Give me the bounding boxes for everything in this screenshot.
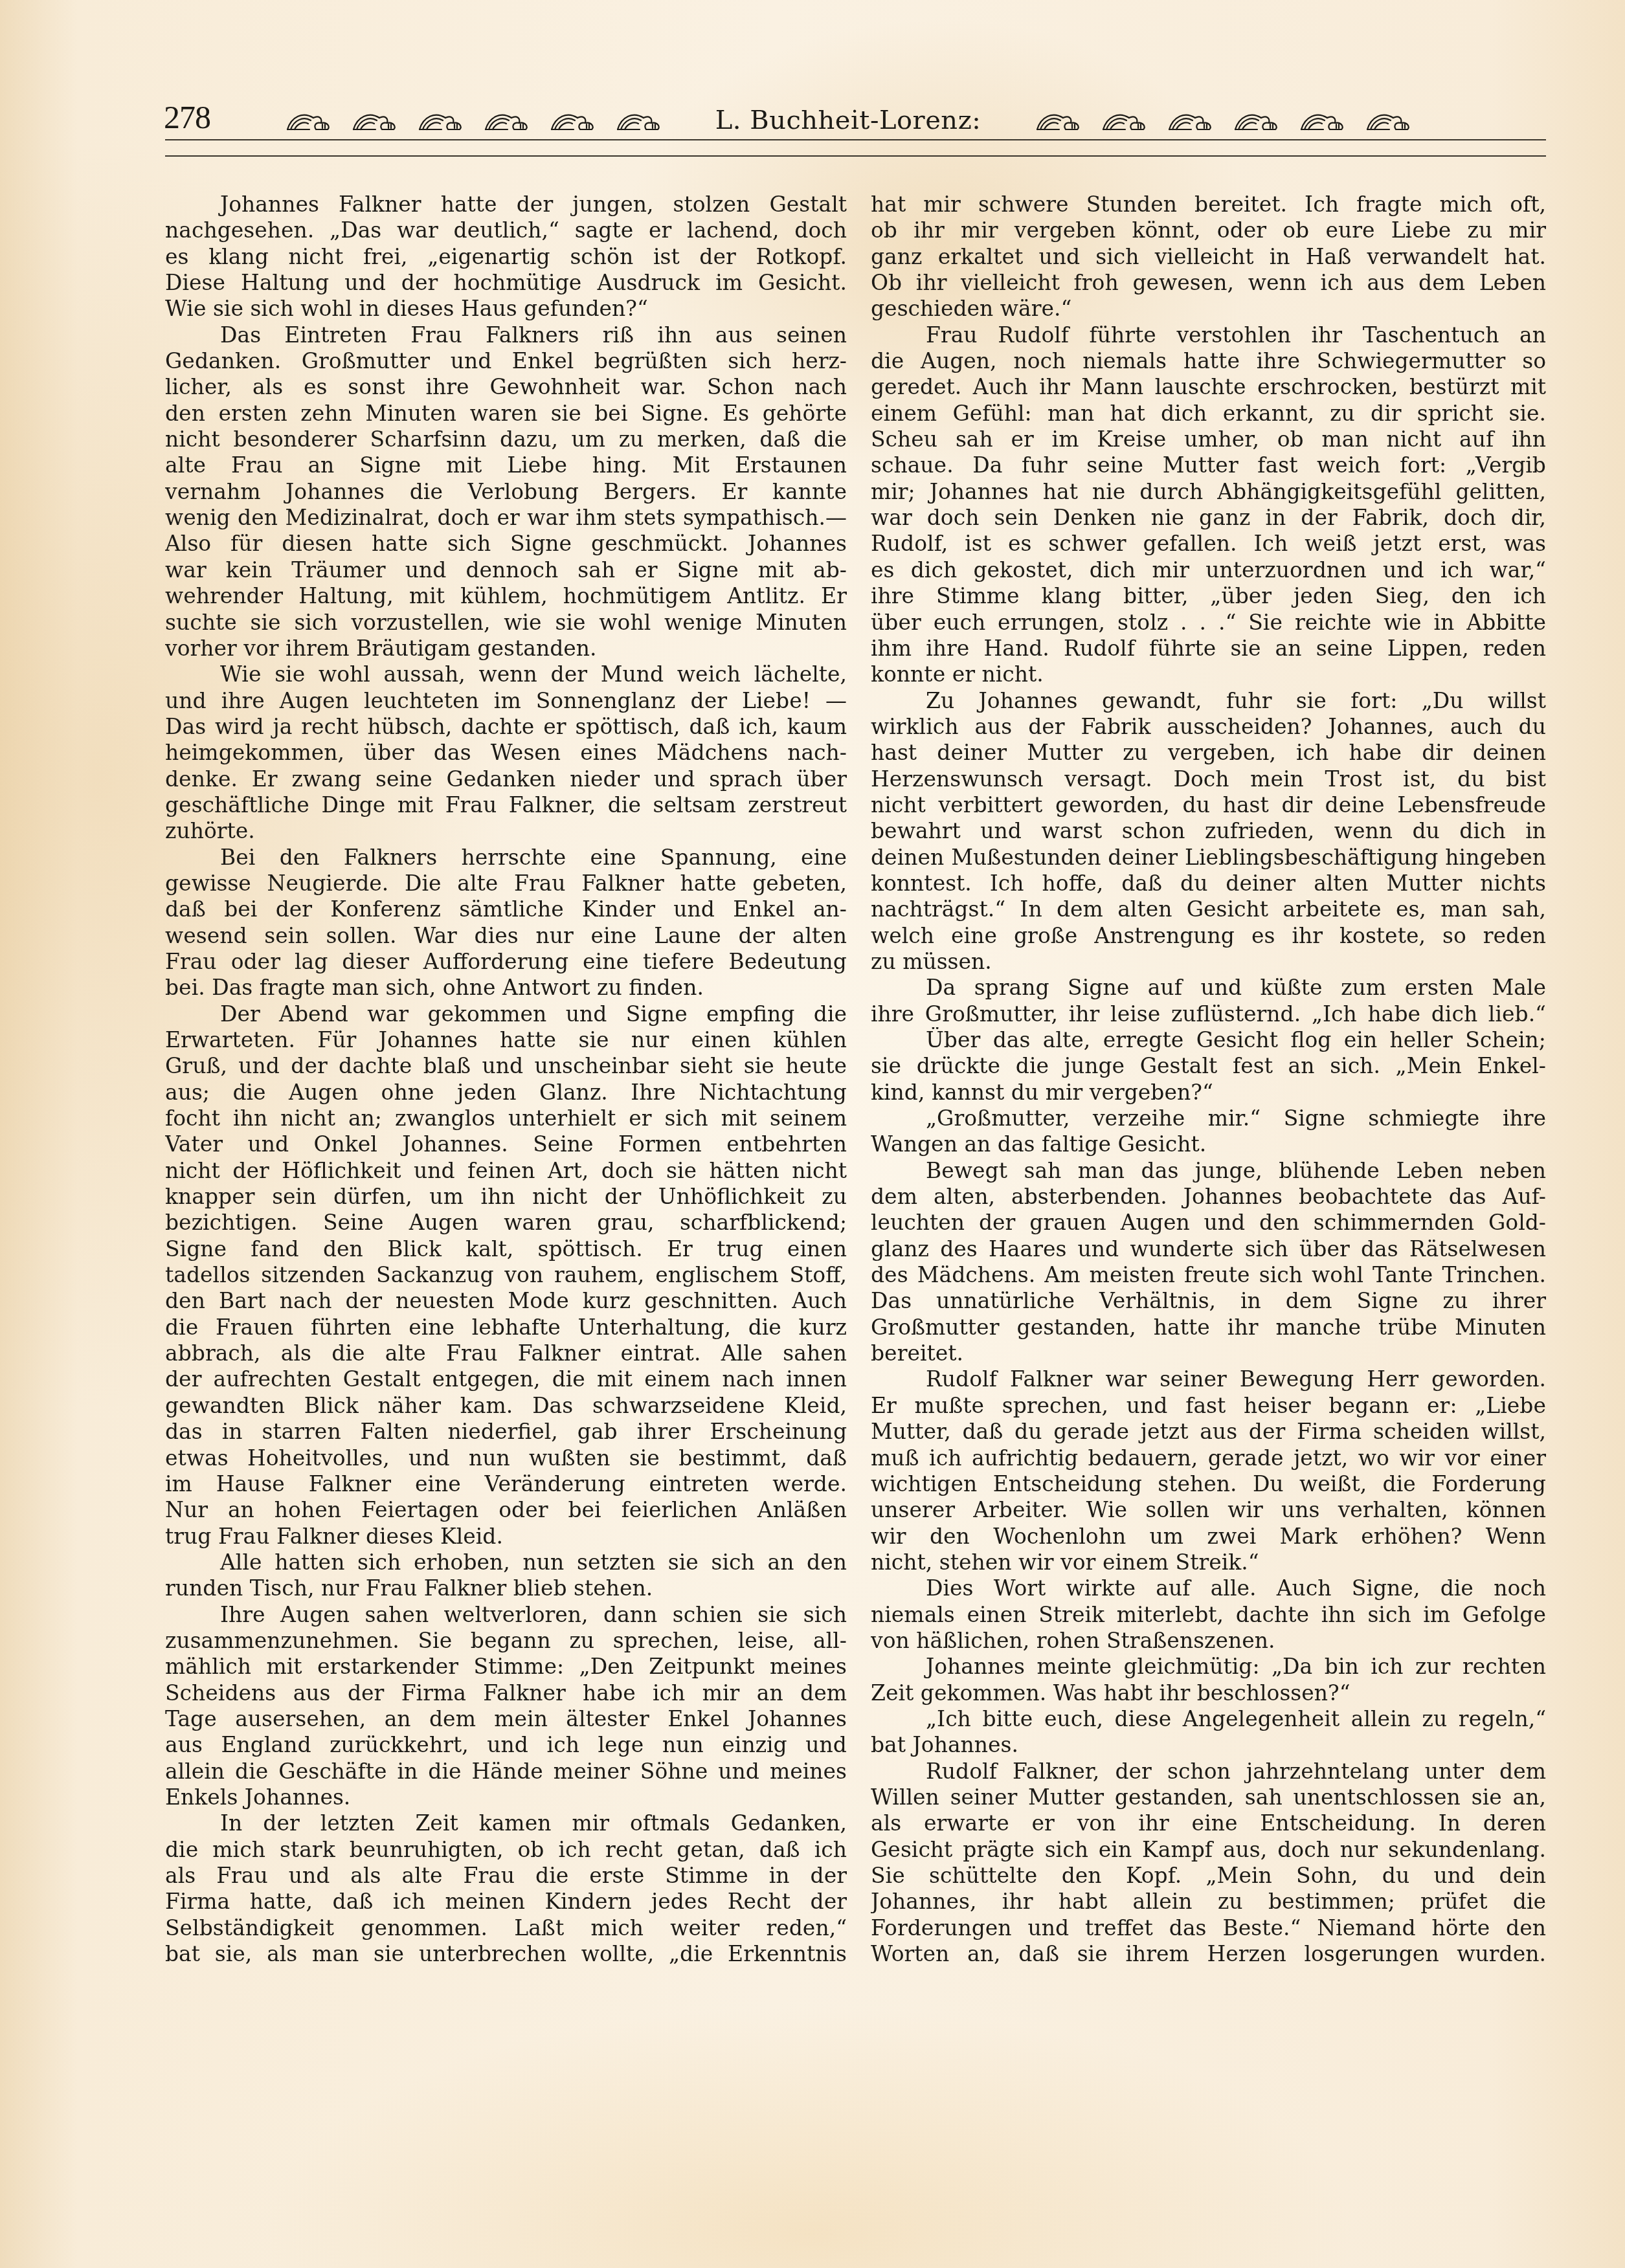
text-line: ob ihr mir vergeben könnt, oder ob eure … <box>871 217 1546 243</box>
text-line: Johannes, ihr habt allein zu bestimmen; … <box>871 1889 1546 1915</box>
acanthus-leaf-ornament-icon <box>1035 107 1081 133</box>
ornament-group-right <box>1035 107 1411 133</box>
text-line: ganz erkaltet und sich vielleicht in Haß… <box>871 244 1546 270</box>
text-line: Scheu sah er im Kreise umher, ob man nic… <box>871 427 1546 452</box>
text-line: des Mädchens. Am meisten freute sich woh… <box>871 1262 1546 1288</box>
text-line: mählich mit erstarkender Stimme: „Den Ze… <box>165 1654 847 1680</box>
acanthus-leaf-ornament-icon <box>1233 107 1279 133</box>
text-line: Zu Johannes gewandt, fuhr sie fort: „Du … <box>871 688 1546 714</box>
text-line: hast deiner Mutter zu vergeben, ich habe… <box>871 740 1546 766</box>
text-line: Selbständigkeit genommen. Laßt mich weit… <box>165 1915 847 1941</box>
text-line: Nur an hohen Feiertagen oder bei feierli… <box>165 1497 847 1523</box>
text-line: denke. Er zwang seine Gedanken nieder un… <box>165 766 847 792</box>
text-line: Worten an, daß sie ihrem Herzen losgerun… <box>871 1941 1546 1967</box>
acanthus-leaf-ornament-icon <box>1101 107 1147 133</box>
text-line: die mich stark beunruhigten, ob ich rech… <box>165 1837 847 1863</box>
text-line: von häßlichen, rohen Straßenszenen. <box>871 1628 1546 1654</box>
text-line: Rudolf Falkner, der schon jahrzehntelang… <box>871 1759 1546 1784</box>
text-line: runden Tisch, nur Frau Falkner blieb ste… <box>165 1575 847 1601</box>
text-line: Alle hatten sich erhoben, nun setzten si… <box>165 1550 847 1575</box>
text-line: ihre Stimme klang bitter, „über jeden Si… <box>871 583 1546 609</box>
text-line: bei. Das fragte man sich, ohne Antwort z… <box>165 975 847 1001</box>
text-line: muß ich aufrichtig bedauern, gerade jetz… <box>871 1445 1546 1471</box>
text-line: nachgesehen. „Das war deutlich,“ sagte e… <box>165 217 847 243</box>
text-line: zu müssen. <box>871 949 1546 975</box>
acanthus-leaf-ornament-icon <box>417 107 464 133</box>
text-line: der aufrechten Gestalt entgegen, die mit… <box>165 1366 847 1392</box>
text-line: „Ich bitte euch, diese Angelegenheit all… <box>871 1706 1546 1732</box>
text-line: Das Eintreten Frau Falkners riß ihn aus … <box>165 322 847 348</box>
text-line: Frau oder lag dieser Aufforderung eine t… <box>165 949 847 975</box>
text-line: heimgekommen, über das Wesen eines Mädch… <box>165 740 847 766</box>
text-line: nicht der Höflichkeit und feinen Art, do… <box>165 1158 847 1184</box>
text-line: wenig den Medizinalrat, doch er war ihm … <box>165 505 847 531</box>
text-line: Da sprang Signe auf und küßte zum ersten… <box>871 975 1546 1001</box>
text-line: Forderungen und treffet das Beste.“ Niem… <box>871 1915 1546 1941</box>
text-line: wehrender Haltung, mit kühlem, hochmütig… <box>165 583 847 609</box>
text-line: Zeit gekommen. Was habt ihr beschlossen?… <box>871 1680 1546 1706</box>
text-line: leuchten der grauen Augen und den schimm… <box>871 1210 1546 1236</box>
author-name: L. Buchheit-Lorenz: <box>710 102 986 139</box>
text-line: und ihre Augen leuchteten im Sonnenglanz… <box>165 688 847 714</box>
acanthus-leaf-ornament-icon <box>351 107 398 133</box>
text-line: es dich gekostet, dich mir unterzuordnen… <box>871 557 1546 583</box>
text-line: Wie sie wohl aussah, wenn der Mund weich… <box>165 661 847 687</box>
text-line: geschieden wäre.“ <box>871 296 1546 322</box>
text-line: vorher vor ihrem Bräutigam gestanden. <box>165 636 847 661</box>
text-line: alte Frau an Signe mit Liebe hing. Mit E… <box>165 452 847 478</box>
text-line: Signe fand den Blick kalt, spöttisch. Er… <box>165 1236 847 1262</box>
text-line: Das unnatürliche Verhältnis, in dem Sign… <box>871 1288 1546 1314</box>
text-column-right: hat mir schwere Stunden bereitet. Ich fr… <box>871 192 1546 1967</box>
text-line: wirklich aus der Fabrik ausscheiden? Joh… <box>871 714 1546 740</box>
text-line: konnte er nicht. <box>871 661 1546 687</box>
text-line: Johannes Falkner hatte der jungen, stolz… <box>165 192 847 217</box>
text-line: geschäftliche Dinge mit Frau Falkner, di… <box>165 792 847 818</box>
text-line: Rudolf Falkner war seiner Bewegung Herr … <box>871 1366 1546 1392</box>
text-line: tadellos sitzenden Sackanzug von rauhem,… <box>165 1262 847 1288</box>
text-line: das in starren Falten niederfiel, gab ih… <box>165 1419 847 1445</box>
text-line: Sie schüttelte den Kopf. „Mein Sohn, du … <box>871 1863 1546 1889</box>
text-line: einem Gefühl: man hat dich erkannt, zu d… <box>871 401 1546 427</box>
text-line: dem alten, absterbenden. Johannes beobac… <box>871 1184 1546 1210</box>
text-line: kind, kannst du mir vergeben?“ <box>871 1080 1546 1106</box>
text-line: nicht, stehen wir vor einem Streik.“ <box>871 1550 1546 1575</box>
text-line: Enkels Johannes. <box>165 1784 847 1810</box>
acanthus-leaf-ornament-icon <box>285 107 331 133</box>
text-line: Bewegt sah man das junge, blühende Leben… <box>871 1158 1546 1184</box>
text-line: wichtigen Entscheidung stehen. Du weißt,… <box>871 1471 1546 1497</box>
text-line: Gruß, und der dachte blaß und unscheinba… <box>165 1053 847 1079</box>
text-line: den ersten zehn Minuten waren sie bei Si… <box>165 401 847 427</box>
text-line: sie drückte die junge Gestalt fest an si… <box>871 1053 1546 1079</box>
text-line: Firma hatte, daß ich meinen Kindern jede… <box>165 1889 847 1915</box>
header-rule-top <box>165 139 1546 140</box>
text-line: wir den Wochenlohn um zwei Mark erhöhen?… <box>871 1524 1546 1550</box>
text-line: vernahm Johannes die Verlobung Bergers. … <box>165 479 847 505</box>
text-line: bat sie, als man sie unterbrechen wollte… <box>165 1941 847 1967</box>
text-line: Erwarteten. Für Johannes hatte sie nur e… <box>165 1027 847 1053</box>
text-line: ihre Großmutter, ihr leise zuflüsternd. … <box>871 1001 1546 1027</box>
acanthus-leaf-ornament-icon <box>1299 107 1345 133</box>
text-line: bezichtigen. Seine Augen waren grau, sch… <box>165 1210 847 1236</box>
text-line: nachträgst.“ In dem alten Gesicht arbeit… <box>871 896 1546 922</box>
text-line: Der Abend war gekommen und Signe empfing… <box>165 1001 847 1027</box>
text-line: Diese Haltung und der hochmütige Ausdruc… <box>165 270 847 296</box>
text-line: Großmutter gestanden, hatte ihr manche t… <box>871 1315 1546 1340</box>
text-line: zuhörte. <box>165 818 847 844</box>
text-line: war doch sein Denken nie ganz in der Fab… <box>871 505 1546 531</box>
running-header: L. Buchheit-Lorenz: <box>285 102 1411 139</box>
text-line: Gesicht prägte sich ein Kampf aus, doch … <box>871 1837 1546 1863</box>
text-line: daß bei der Konferenz sämtliche Kinder u… <box>165 896 847 922</box>
text-line: konntest. Ich hoffe, daß du deiner alten… <box>871 871 1546 896</box>
text-line: Wangen an das faltige Gesicht. <box>871 1131 1546 1157</box>
text-line: nicht verbittert geworden, du hast dir d… <box>871 792 1546 818</box>
text-line: In der letzten Zeit kamen mir oftmals Ge… <box>165 1810 847 1836</box>
text-line: gewisse Neugierde. Die alte Frau Falkner… <box>165 871 847 896</box>
text-line: bewahrt und warst schon zufrieden, wenn … <box>871 818 1546 844</box>
text-line: nicht besonderer Scharfsinn dazu, um zu … <box>165 427 847 452</box>
page-number: 278 <box>164 97 210 137</box>
text-line: war kein Träumer und dennoch sah er Sign… <box>165 557 847 583</box>
text-line: wesend sein sollen. War dies nur eine La… <box>165 923 847 949</box>
text-line: trug Frau Falkner dieses Kleid. <box>165 1524 847 1550</box>
ornament-group-left <box>285 107 662 133</box>
text-line: etwas Hoheitvolles, und nun wußten sie b… <box>165 1445 847 1471</box>
text-line: als Frau und als alte Frau die erste Sti… <box>165 1863 847 1889</box>
text-line: geredet. Auch ihr Mann lauschte erschroc… <box>871 374 1546 400</box>
text-line: den Bart nach der neuesten Mode kurz ges… <box>165 1288 847 1314</box>
text-line: Ihre Augen sahen weltverloren, dann schi… <box>165 1602 847 1628</box>
text-line: bat Johannes. <box>871 1732 1546 1758</box>
text-line: welch eine große Anstrengung es ihr kost… <box>871 923 1546 949</box>
text-line: Er mußte sprechen, und fast heiser began… <box>871 1393 1546 1419</box>
text-line: unserer Arbeiter. Wie sollen wir uns ver… <box>871 1497 1546 1523</box>
text-line: „Großmutter, verzeihe mir.“ Signe schmie… <box>871 1106 1546 1131</box>
text-line: Vater und Onkel Johannes. Seine Formen e… <box>165 1131 847 1157</box>
text-line: Ob ihr vielleicht froh gewesen, wenn ich… <box>871 270 1546 296</box>
text-line: suchte sie sich vorzustellen, wie sie wo… <box>165 610 847 636</box>
text-line: Willen seiner Mutter gestanden, sah unen… <box>871 1784 1546 1810</box>
text-line: schaue. Da fuhr seine Mutter fast weich … <box>871 452 1546 478</box>
text-line: die Augen, noch niemals hatte ihre Schwi… <box>871 348 1546 374</box>
text-line: Scheidens aus der Firma Falkner habe ich… <box>165 1680 847 1706</box>
acanthus-leaf-ornament-icon <box>1167 107 1213 133</box>
text-line: Wie sie sich wohl in dieses Haus gefunde… <box>165 296 847 322</box>
text-line: Bei den Falkners herrschte eine Spannung… <box>165 845 847 871</box>
text-line: knapper sein dürfen, um ihn nicht der Un… <box>165 1184 847 1210</box>
text-line: Das wird ja recht hübsch, dachte er spöt… <box>165 714 847 740</box>
text-line: aus; die Augen ohne jeden Glanz. Ihre Ni… <box>165 1080 847 1106</box>
text-line: als erwarte er von ihr eine Entscheidung… <box>871 1810 1546 1836</box>
text-line: deinen Mußestunden deiner Lieblingsbesch… <box>871 845 1546 871</box>
text-line: Rudolf, ist es schwer gefallen. Ich weiß… <box>871 531 1546 557</box>
text-line: mir; Johannes hat nie durch Abhängigkeit… <box>871 479 1546 505</box>
text-line: abbrach, als die alte Frau Falkner eintr… <box>165 1340 847 1366</box>
acanthus-leaf-ornament-icon <box>1365 107 1411 133</box>
acanthus-leaf-ornament-icon <box>549 107 596 133</box>
text-line: bereitet. <box>871 1340 1546 1366</box>
text-line: Also für diesen hatte sich Signe geschmü… <box>165 531 847 557</box>
text-line: ihm ihre Hand. Rudolf führte sie an sein… <box>871 636 1546 661</box>
acanthus-leaf-ornament-icon <box>483 107 530 133</box>
text-line: hat mir schwere Stunden bereitet. Ich fr… <box>871 192 1546 217</box>
text-line: niemals einen Streik miterlebt, dachte i… <box>871 1602 1546 1628</box>
text-column-left: Johannes Falkner hatte der jungen, stolz… <box>165 192 847 1967</box>
text-line: es klang nicht frei, „eigenartig schön i… <box>165 244 847 270</box>
acanthus-leaf-ornament-icon <box>615 107 662 133</box>
text-line: Tage ausersehen, an dem mein ältester En… <box>165 1706 847 1732</box>
text-line: Frau Rudolf führte verstohlen ihr Tasche… <box>871 322 1546 348</box>
text-line: Mutter, daß du gerade jetzt aus der Firm… <box>871 1419 1546 1445</box>
text-line: über euch errungen, stolz . . .“ Sie rei… <box>871 610 1546 636</box>
text-line: im Hause Falkner eine Veränderung eintre… <box>165 1471 847 1497</box>
text-line: Dies Wort wirkte auf alle. Auch Signe, d… <box>871 1575 1546 1601</box>
text-line: gewandten Blick näher kam. Das schwarzse… <box>165 1393 847 1419</box>
text-line: Gedanken. Großmutter und Enkel begrüßten… <box>165 348 847 374</box>
text-line: focht ihn nicht an; zwanglos unterhielt … <box>165 1106 847 1131</box>
text-line: glanz des Haares und wunderte sich über … <box>871 1236 1546 1262</box>
text-line: licher, als es sonst ihre Gewohnheit war… <box>165 374 847 400</box>
text-line: die Frauen führten eine lebhafte Unterha… <box>165 1315 847 1340</box>
text-line: zusammenzunehmen. Sie begann zu sprechen… <box>165 1628 847 1654</box>
text-line: Johannes meinte gleichmütig: „Da bin ich… <box>871 1654 1546 1680</box>
text-line: Herzenswunsch versagt. Doch mein Trost i… <box>871 766 1546 792</box>
header-rule-bottom <box>165 155 1546 157</box>
text-line: Über das alte, erregte Gesicht flog ein … <box>871 1027 1546 1053</box>
text-line: aus England zurückkehrt, und ich lege nu… <box>165 1732 847 1758</box>
text-line: allein die Geschäfte in die Hände meiner… <box>165 1759 847 1784</box>
